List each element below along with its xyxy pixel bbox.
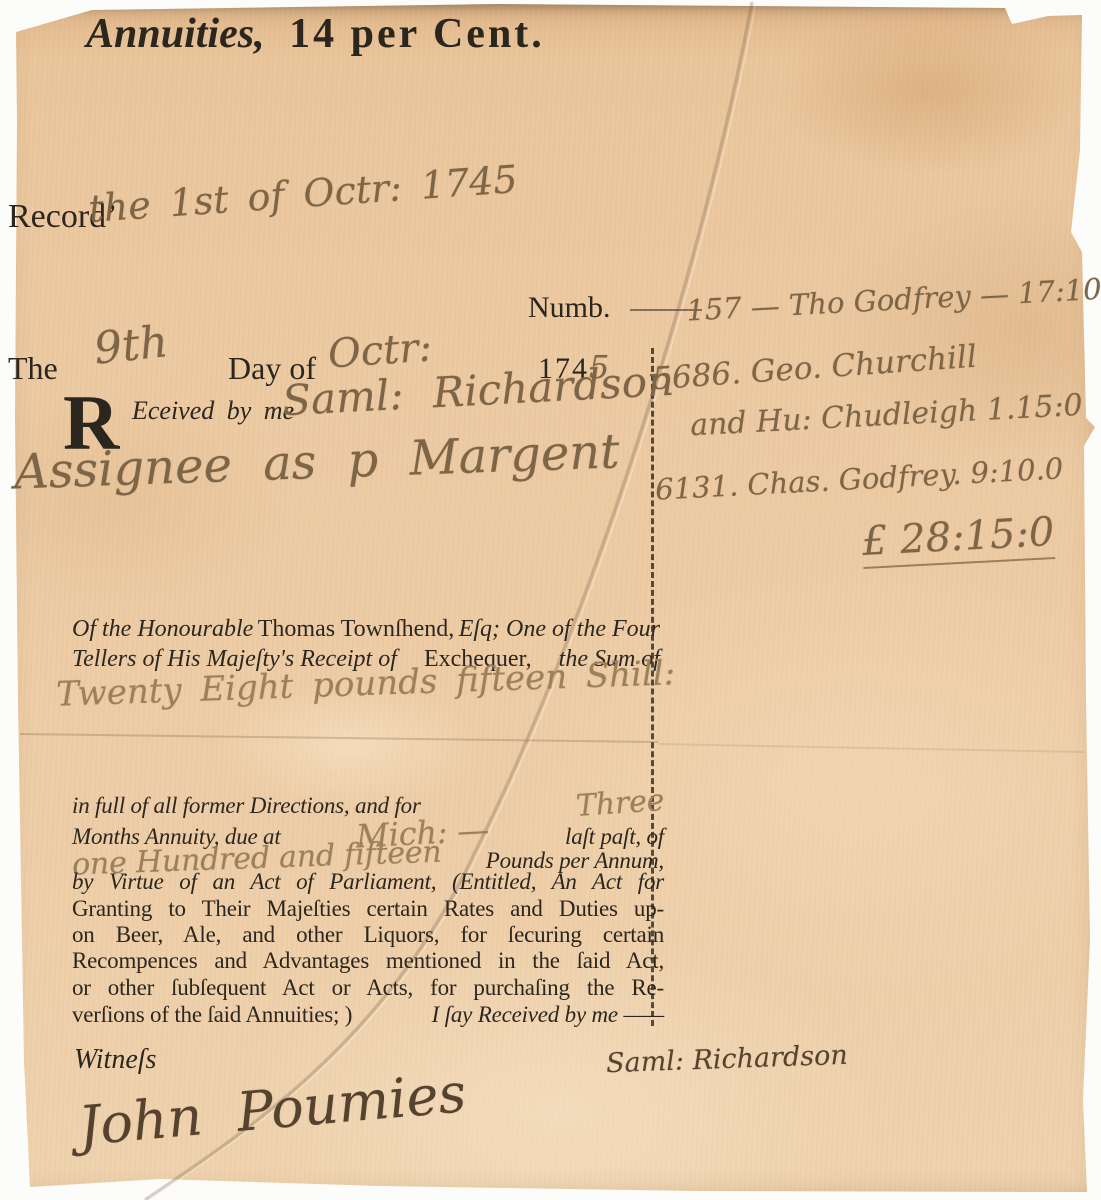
clause2-l9b: I ſay Received by me —— <box>432 1002 664 1028</box>
title-rate: 14 per Cent. <box>289 11 545 57</box>
clause1-l1b: Thomas Townſhend, <box>258 616 455 643</box>
scanned-document-canvas: Annuities, 14 per Cent. Record’ the 1st … <box>0 0 1101 1200</box>
clause1-l1c: Eſq; One of the Four <box>459 616 660 643</box>
date-the-label: The <box>8 350 58 387</box>
clause1-l1a: Of the Honourable <box>72 616 253 643</box>
date-day-handwritten: 9th <box>92 316 171 374</box>
clause2-line9: verſions of the ſaid Annuities; ) I ſay … <box>72 1002 664 1028</box>
clause1-line1: Of the Honourable Thomas Townſhend, Eſq;… <box>72 616 660 643</box>
clause2-line4: by Virtue of an Act of Parliament, (Enti… <box>72 869 664 895</box>
ledger-total-amount: £ 28:15:0 <box>861 509 1056 569</box>
ledger-total: £ 28:15:0 <box>861 509 1056 565</box>
title-word-annuities: Annuities, <box>86 11 265 57</box>
document-title: Annuities, 14 per Cent. <box>86 10 545 58</box>
numb-label: Numb. <box>528 291 611 325</box>
clause2-line7: Recompences and Advantages mentioned in … <box>72 948 664 974</box>
clause2-line6: on Beer, Ale, and other Liquors, for ſec… <box>72 922 664 948</box>
clause2-line8: or other ſubſequent Act or Acts, for pur… <box>72 975 664 1001</box>
witness-label: Witneſs <box>74 1044 156 1076</box>
clause2-l9a: verſions of the ſaid Annuities; ) <box>72 1002 352 1028</box>
received-by-me-label: Eceived by me <box>132 396 294 426</box>
clause2-line5: Granting to Their Majeſties certain Rate… <box>72 896 664 922</box>
